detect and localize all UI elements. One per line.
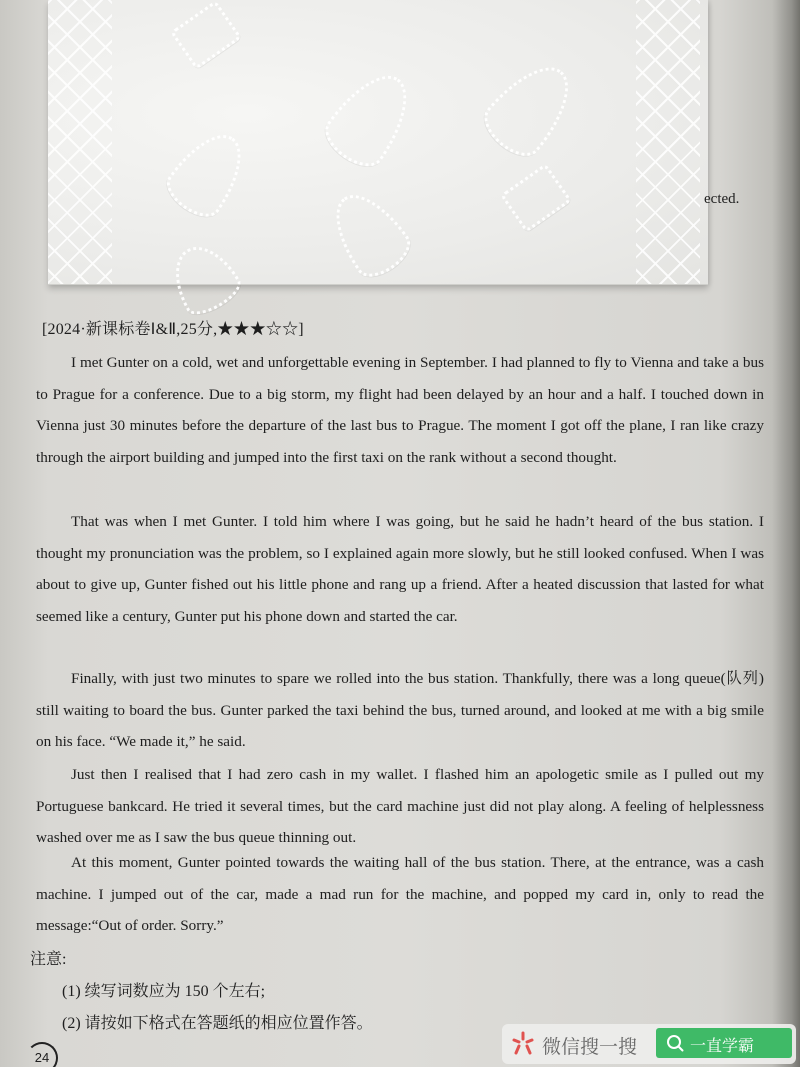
- passage-paragraph-1: I met Gunter on a cold, wet and unforget…: [36, 347, 764, 473]
- wechat-search-query: 一直学霸: [690, 1033, 754, 1056]
- tissue-pattern-right: [636, 0, 700, 284]
- note-item-1: (1) 续写词数应为 150 个左右;: [62, 978, 265, 1001]
- wechat-search-button[interactable]: 一直学霸: [656, 1028, 792, 1058]
- wechat-search-logo-icon: [510, 1030, 536, 1056]
- tissue-overlay: [48, 0, 708, 285]
- passage-paragraph-4: Just then I realised that I had zero cas…: [36, 759, 764, 854]
- passage-paragraph-2: That was when I met Gunter. I told him w…: [36, 506, 764, 632]
- tissue-pattern-left: [48, 0, 112, 284]
- leaf-emboss: [161, 234, 247, 322]
- notes-title: 注意:: [30, 946, 66, 969]
- wechat-search-label: 微信搜一搜: [542, 1032, 637, 1059]
- page-number: 24: [26, 1042, 58, 1067]
- passage-paragraph-5: At this moment, Gunter pointed towards t…: [36, 847, 764, 942]
- page-edge-shadow: [772, 0, 800, 1067]
- search-icon: [666, 1034, 684, 1052]
- partially-hidden-text: ected.: [704, 191, 739, 208]
- leaf-emboss: [475, 50, 587, 166]
- passage-paragraph-3: Finally, with just two minutes to spare …: [36, 663, 764, 758]
- leaf-emboss: [159, 120, 258, 225]
- leaf-emboss: [319, 180, 418, 285]
- basket-emboss: [500, 163, 572, 233]
- wechat-search-watermark[interactable]: 微信搜一搜 一直学霸: [502, 1024, 796, 1064]
- basket-emboss: [170, 0, 242, 70]
- note-item-2: (2) 请按如下格式在答题纸的相应位置作答。: [62, 1010, 373, 1033]
- leaf-emboss: [316, 60, 425, 176]
- question-source-header: [2024·新课标卷Ⅰ&Ⅱ,25分,★★★☆☆]: [42, 316, 304, 339]
